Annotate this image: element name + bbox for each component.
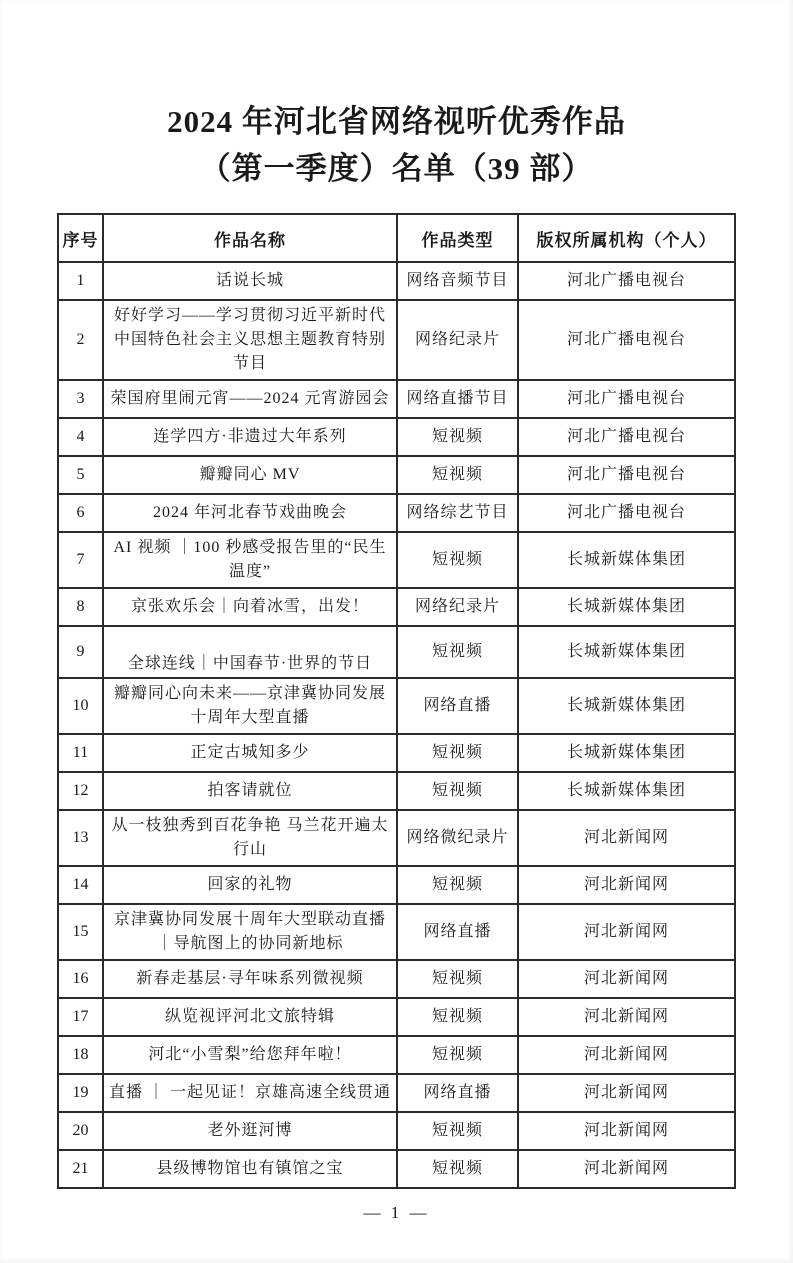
page-title: 2024 年河北省网络视听优秀作品 （第一季度）名单（39 部） — [0, 98, 793, 192]
row-number-cell: 16 — [58, 960, 103, 998]
work-name-cell: 正定古城知多少 — [103, 734, 397, 772]
col-header-type: 作品类型 — [397, 214, 518, 262]
table-row: 5 瓣瓣同心 MV 短视频 河北广播电视台 — [58, 456, 735, 494]
row-number-cell: 18 — [58, 1036, 103, 1074]
work-name-cell: 新春走基层·寻年味系列微视频 — [103, 960, 397, 998]
table-row: 21 县级博物馆也有镇馆之宝 短视频 河北新闻网 — [58, 1150, 735, 1188]
copyright-org-cell: 河北广播电视台 — [518, 418, 735, 456]
row-number-cell: 14 — [58, 866, 103, 904]
row-number-cell: 13 — [58, 810, 103, 866]
col-header-org: 版权所属机构（个人） — [518, 214, 735, 262]
work-type-cell: 短视频 — [397, 866, 518, 904]
work-type-cell: 网络微纪录片 — [397, 810, 518, 866]
row-number-cell: 12 — [58, 772, 103, 810]
copyright-org-cell: 河北新闻网 — [518, 1112, 735, 1150]
work-name-cell: 京津冀协同发展十周年大型联动直播｜导航图上的协同新地标 — [103, 904, 397, 960]
row-number-cell: 4 — [58, 418, 103, 456]
works-table: 序号 作品名称 作品类型 版权所属机构（个人） 1 话说长城 网络音频节目 河北… — [57, 213, 736, 1189]
row-number-cell: 2 — [58, 300, 103, 380]
work-type-cell: 网络音频节目 — [397, 262, 518, 300]
work-type-cell: 短视频 — [397, 1036, 518, 1074]
copyright-org-cell: 河北广播电视台 — [518, 300, 735, 380]
table-row: 2 好好学习——学习贯彻习近平新时代中国特色社会主义思想主题教育特别节目 网络纪… — [58, 300, 735, 380]
work-name-cell: 好好学习——学习贯彻习近平新时代中国特色社会主义思想主题教育特别节目 — [103, 300, 397, 380]
work-type-cell: 网络纪录片 — [397, 588, 518, 626]
table-row: 16 新春走基层·寻年味系列微视频 短视频 河北新闻网 — [58, 960, 735, 998]
table-row: 12 拍客请就位 短视频 长城新媒体集团 — [58, 772, 735, 810]
work-type-cell: 短视频 — [397, 772, 518, 810]
work-name-cell: 老外逛河博 — [103, 1112, 397, 1150]
work-name-cell: 京张欢乐会｜向着冰雪，出发！ — [103, 588, 397, 626]
copyright-org-cell: 河北新闻网 — [518, 960, 735, 998]
work-type-cell: 短视频 — [397, 734, 518, 772]
table-row: 6 2024 年河北春节戏曲晚会 网络综艺节目 河北广播电视台 — [58, 494, 735, 532]
work-type-cell: 短视频 — [397, 998, 518, 1036]
copyright-org-cell: 长城新媒体集团 — [518, 588, 735, 626]
work-name-cell: 全球连线｜中国春节·世界的节日 — [103, 626, 397, 678]
work-type-cell: 短视频 — [397, 418, 518, 456]
work-type-cell: 短视频 — [397, 626, 518, 678]
table-row: 4 连学四方·非遗过大年系列 短视频 河北广播电视台 — [58, 418, 735, 456]
row-number-cell: 10 — [58, 678, 103, 734]
copyright-org-cell: 河北新闻网 — [518, 866, 735, 904]
table-row: 14 回家的礼物 短视频 河北新闻网 — [58, 866, 735, 904]
copyright-org-cell: 长城新媒体集团 — [518, 772, 735, 810]
table-header: 序号 作品名称 作品类型 版权所属机构（个人） — [58, 214, 735, 262]
table-row: 8 京张欢乐会｜向着冰雪，出发！ 网络纪录片 长城新媒体集团 — [58, 588, 735, 626]
work-name-cell: 县级博物馆也有镇馆之宝 — [103, 1150, 397, 1188]
row-number-cell: 11 — [58, 734, 103, 772]
work-name-cell: 连学四方·非遗过大年系列 — [103, 418, 397, 456]
work-name-cell: 河北“小雪梨”给您拜年啦！ — [103, 1036, 397, 1074]
table-row: 7 AI 视频 ｜100 秒感受报告里的“民生温度” 短视频 长城新媒体集团 — [58, 532, 735, 588]
table-row: 9 全球连线｜中国春节·世界的节日 短视频 长城新媒体集团 — [58, 626, 735, 678]
table-row: 19 直播 ｜ 一起见证！京雄高速全线贯通 网络直播 河北新闻网 — [58, 1074, 735, 1112]
work-name-cell: 纵览视评河北文旅特辑 — [103, 998, 397, 1036]
copyright-org-cell: 河北新闻网 — [518, 998, 735, 1036]
copyright-org-cell: 河北新闻网 — [518, 904, 735, 960]
copyright-org-cell: 河北新闻网 — [518, 1074, 735, 1112]
page-title-line2: （第一季度）名单（39 部） — [0, 145, 793, 192]
work-type-cell: 网络直播 — [397, 904, 518, 960]
work-name-cell: 从一枝独秀到百花争艳 马兰花开遍太行山 — [103, 810, 397, 866]
row-number-cell: 9 — [58, 626, 103, 678]
work-name-cell: 拍客请就位 — [103, 772, 397, 810]
table-row: 10 瓣瓣同心向未来——京津冀协同发展十周年大型直播 网络直播 长城新媒体集团 — [58, 678, 735, 734]
copyright-org-cell: 河北广播电视台 — [518, 456, 735, 494]
work-name-cell: 瓣瓣同心 MV — [103, 456, 397, 494]
copyright-org-cell: 河北广播电视台 — [518, 380, 735, 418]
copyright-org-cell: 河北新闻网 — [518, 810, 735, 866]
row-number-cell: 6 — [58, 494, 103, 532]
copyright-org-cell: 河北广播电视台 — [518, 262, 735, 300]
row-number-cell: 5 — [58, 456, 103, 494]
work-type-cell: 网络直播 — [397, 1074, 518, 1112]
work-type-cell: 短视频 — [397, 532, 518, 588]
table-row: 11 正定古城知多少 短视频 长城新媒体集团 — [58, 734, 735, 772]
table-row: 20 老外逛河博 短视频 河北新闻网 — [58, 1112, 735, 1150]
row-number-cell: 8 — [58, 588, 103, 626]
copyright-org-cell: 长城新媒体集团 — [518, 678, 735, 734]
table-row: 13 从一枝独秀到百花争艳 马兰花开遍太行山 网络微纪录片 河北新闻网 — [58, 810, 735, 866]
copyright-org-cell: 长城新媒体集团 — [518, 626, 735, 678]
work-type-cell: 短视频 — [397, 960, 518, 998]
col-header-name: 作品名称 — [103, 214, 397, 262]
document-page: 2024 年河北省网络视听优秀作品 （第一季度）名单（39 部） 序号 作品名称… — [0, 0, 793, 1263]
row-number-cell: 1 — [58, 262, 103, 300]
work-type-cell: 网络综艺节目 — [397, 494, 518, 532]
work-name-cell: 2024 年河北春节戏曲晚会 — [103, 494, 397, 532]
copyright-org-cell: 长城新媒体集团 — [518, 532, 735, 588]
work-type-cell: 网络纪录片 — [397, 300, 518, 380]
table-row: 17 纵览视评河北文旅特辑 短视频 河北新闻网 — [58, 998, 735, 1036]
col-header-index: 序号 — [58, 214, 103, 262]
row-number-cell: 20 — [58, 1112, 103, 1150]
row-number-cell: 19 — [58, 1074, 103, 1112]
header-row: 序号 作品名称 作品类型 版权所属机构（个人） — [58, 214, 735, 262]
work-type-cell: 短视频 — [397, 1112, 518, 1150]
table-row: 15 京津冀协同发展十周年大型联动直播｜导航图上的协同新地标 网络直播 河北新闻… — [58, 904, 735, 960]
work-type-cell: 短视频 — [397, 1150, 518, 1188]
copyright-org-cell: 河北新闻网 — [518, 1036, 735, 1074]
page-number: — 1 — — [0, 1203, 793, 1223]
work-name-cell: 直播 ｜ 一起见证！京雄高速全线贯通 — [103, 1074, 397, 1112]
page-title-line1: 2024 年河北省网络视听优秀作品 — [0, 98, 793, 145]
work-name-cell: 瓣瓣同心向未来——京津冀协同发展十周年大型直播 — [103, 678, 397, 734]
work-name-cell: AI 视频 ｜100 秒感受报告里的“民生温度” — [103, 532, 397, 588]
copyright-org-cell: 河北广播电视台 — [518, 494, 735, 532]
copyright-org-cell: 河北新闻网 — [518, 1150, 735, 1188]
copyright-org-cell: 长城新媒体集团 — [518, 734, 735, 772]
work-type-cell: 网络直播节目 — [397, 380, 518, 418]
table-row: 3 荣国府里闹元宵——2024 元宵游园会 网络直播节目 河北广播电视台 — [58, 380, 735, 418]
work-type-cell: 网络直播 — [397, 678, 518, 734]
work-name-cell: 回家的礼物 — [103, 866, 397, 904]
table-row: 1 话说长城 网络音频节目 河北广播电视台 — [58, 262, 735, 300]
work-name-cell: 话说长城 — [103, 262, 397, 300]
table-body: 1 话说长城 网络音频节目 河北广播电视台 2 好好学习——学习贯彻习近平新时代… — [58, 262, 735, 1188]
row-number-cell: 21 — [58, 1150, 103, 1188]
work-type-cell: 短视频 — [397, 456, 518, 494]
row-number-cell: 17 — [58, 998, 103, 1036]
row-number-cell: 7 — [58, 532, 103, 588]
work-name-cell: 荣国府里闹元宵——2024 元宵游园会 — [103, 380, 397, 418]
row-number-cell: 15 — [58, 904, 103, 960]
row-number-cell: 3 — [58, 380, 103, 418]
table-row: 18 河北“小雪梨”给您拜年啦！ 短视频 河北新闻网 — [58, 1036, 735, 1074]
